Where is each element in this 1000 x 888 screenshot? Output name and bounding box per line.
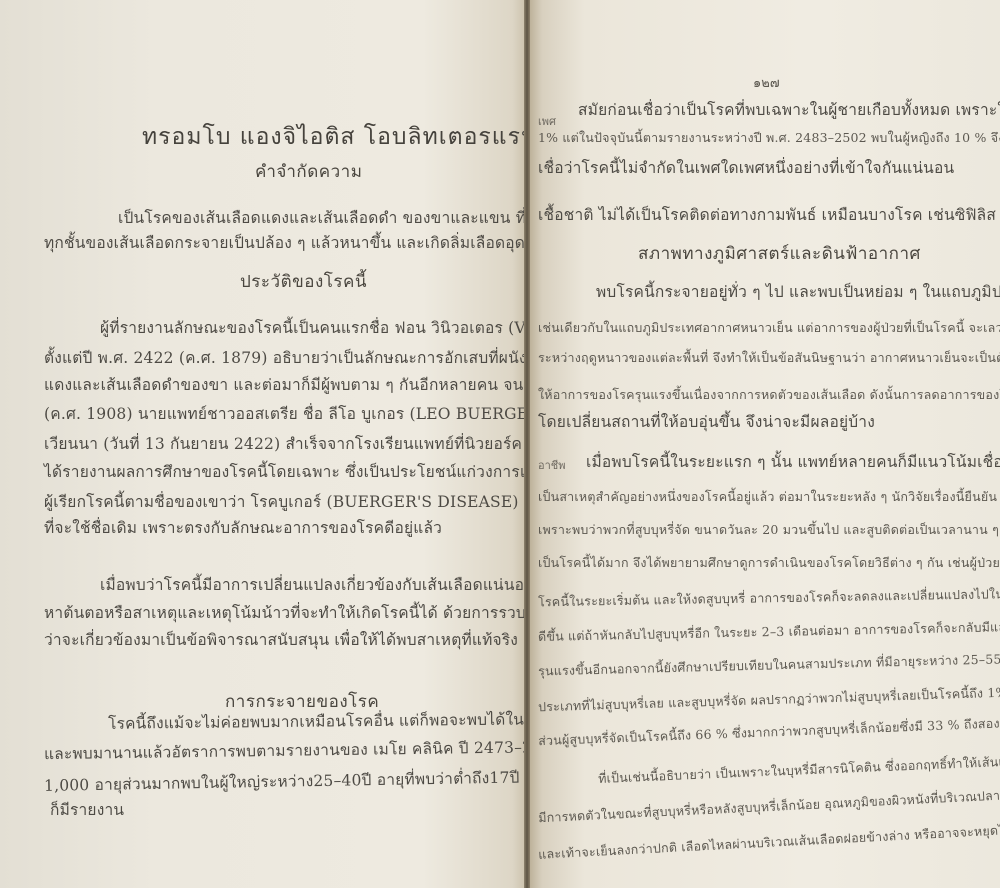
history-line-1: ผู้ที่รายงานลักษณะของโรคนี้เป็นคนแรกชื่อ… [100,318,528,338]
sex-line-3: เชื่อว่าโรคนี้ไม่จำกัดในเพศใดเพศหนึ่งอย่… [538,158,954,178]
distribution-line-4: ก็มีรายงาน [50,800,124,820]
heading-geography: สภาพทางภูมิศาสตร์และดินฟ้าอากาศ [638,240,921,267]
history-line-11: ว่าจะเกี่ยวข้องมาเป็นข้อพิจารณาสนับสนุน … [44,630,528,650]
geography-line-1: พบโรคนี้กระจายอยู่ทั่ว ๆ ไป และพบเป็นหย่… [596,282,1000,302]
geography-line-4: ให้อาการของโรครุนแรงขึ้นเนื่องจากการหดตั… [538,385,1000,405]
history-line-7: ผู้เรียกโรคนี้ตามชื่อของเขาว่า โรคบูเกอร… [44,492,528,512]
history-line-5: เวียนนา (วันที่ 13 กันยายน 2422) สำเร็จจ… [44,434,528,454]
open-book-spread: ทรอมโบ แองจิไอติส โอบลิทเตอรแรนส คำจำกัด… [0,0,1000,888]
heading-history: ประวัติของโรคนี้ [240,268,367,295]
smoking-line-2: เป็นสาเหตุสำคัญอย่างหนึ่งของโรคนี้อยู่แล… [538,487,997,507]
history-line-8: ที่จะใช้ชื่อเดิม เพราะตรงกับลักษณะอาการข… [44,518,442,538]
smoking-line-9: ส่วนผู้สูบบุหรี่จัดเป็นโรคนี้ถึง 66 % ซึ… [538,713,1000,751]
history-line-2: ตั้งแต่ปี พ.ศ. 2422 (ค.ศ. 1879) อธิบายว่… [44,348,528,368]
distribution-line-2: และพบมานานแล้วอัตราการพบตามรายงานของ เมโ… [44,736,528,764]
page-number: ๑๒๗ [753,72,780,93]
history-line-10: หาต้นตอหรือสาเหตุและเหตุโน้มน้าวที่จะทำใ… [44,603,528,623]
smoking-line-4: เป็นโรคนี้ได้มาก จึงได้พยายามศึกษาดูการด… [538,553,1000,573]
smoking-line-5: โรคนี้ในระยะเริ่มต้น และให้งดสูบบุหรี่ อ… [538,584,1000,613]
history-line-3: แดงและเส้นเลือดดำของขา และต่อมาก็มีผู้พบ… [44,375,528,395]
smoking-line-7: รุนแรงขึ้นอีกนอกจากนี้ยังศึกษาเปรียบเทีย… [538,649,1000,682]
margin-note-occupation: อาชีพ [538,456,566,474]
geography-line-2: เช่นเดียวกับในแถบภูมิประเทศอากาศหนาวเย็น… [538,318,1000,338]
history-line-9: เมื่อพบว่าโรคนี้มีอาการเปลี่ยนแปลงเกี่ยว… [100,575,528,595]
geography-line-5: โดยเปลี่ยนสถานที่ให้อบอุ่นขึ้น จึงน่าจะม… [538,412,875,432]
smoking-line-3: เพราะพบว่าพวกที่สูบบุหรี่จัด ขนาดวันละ 2… [538,520,1000,540]
left-page: ทรอมโบ แองจิไอติส โอบลิทเตอรแรนส คำจำกัด… [0,0,528,888]
history-line-6: ได้รายงานผลการศึกษาของโรคนี้โดยเฉพาะ ซึ่… [44,462,528,482]
geography-line-3: ระหว่างฤดูหนาวของแต่ละพื้นที่ จึงทำให้เป… [538,348,1000,368]
distribution-line-3: 1,000 อายุส่วนมากพบในผู้ใหญ่ระหว่าง25–40… [44,766,528,796]
history-line-4: (ค.ศ. 1908) นายแพทย์ชาวออสเตรีย ชื่อ ลีโ… [44,404,528,424]
distribution-line-1: โรคนี้ถึงแม้จะไม่ค่อยพบมากเหมือนโรคอื่น … [108,708,528,734]
page-title: ทรอมโบ แองจิไอติส โอบลิทเตอรแรนส [142,119,528,155]
definition-line-2: ทุกชั้นของเส้นเลือดกระจายเป็นปล้อง ๆ แล้… [44,233,528,253]
book-gutter [524,0,530,888]
sex-line-2: 1% แต่ในปัจจุบันนี้ตามรายงานระหว่างปี พ.… [538,128,1000,148]
definition-line-1: เป็นโรคของเส้นเลือดแดงและเส้นเลือดดำ ของ… [118,208,528,228]
sex-line-1: สมัยก่อนเชื่อว่าเป็นโรคที่พบเฉพาะในผู้ชา… [578,100,1000,120]
smoking-line-10: ที่เป็นเช่นนี้อธิบายว่า เป็นเพราะในบุหรี… [598,751,1000,789]
smoking-line-6: ดีขึ้น แต่ถ้าหันกลับไปสูบบุหรี่อีก ในระย… [538,617,1000,647]
smoking-line-11: มีการหดตัวในขณะที่สูบบุหรี่หรือหลังสูบบุ… [538,784,1000,828]
right-page: ๑๒๗ เพศ สมัยก่อนเชื่อว่าเป็นโรคที่พบเฉพา… [528,0,1000,888]
race-line-1: เชื้อชาติ ไม่ได้เป็นโรคติดต่อทางกามพันธ์… [538,205,996,225]
heading-definition: คำจำกัดความ [255,158,362,185]
smoking-line-1: เมื่อพบโรคนี้ในระยะแรก ๆ นั้น แพทย์หลายค… [586,452,1000,472]
smoking-line-8: ประเภทที่ไม่สูบบุหรี่เลย และสูบบุหรี่จัด… [538,683,1000,718]
smoking-line-12: และเท้าจะเย็นลงกว่าปกติ เลือดไหลผ่านบริเ… [538,819,1000,865]
